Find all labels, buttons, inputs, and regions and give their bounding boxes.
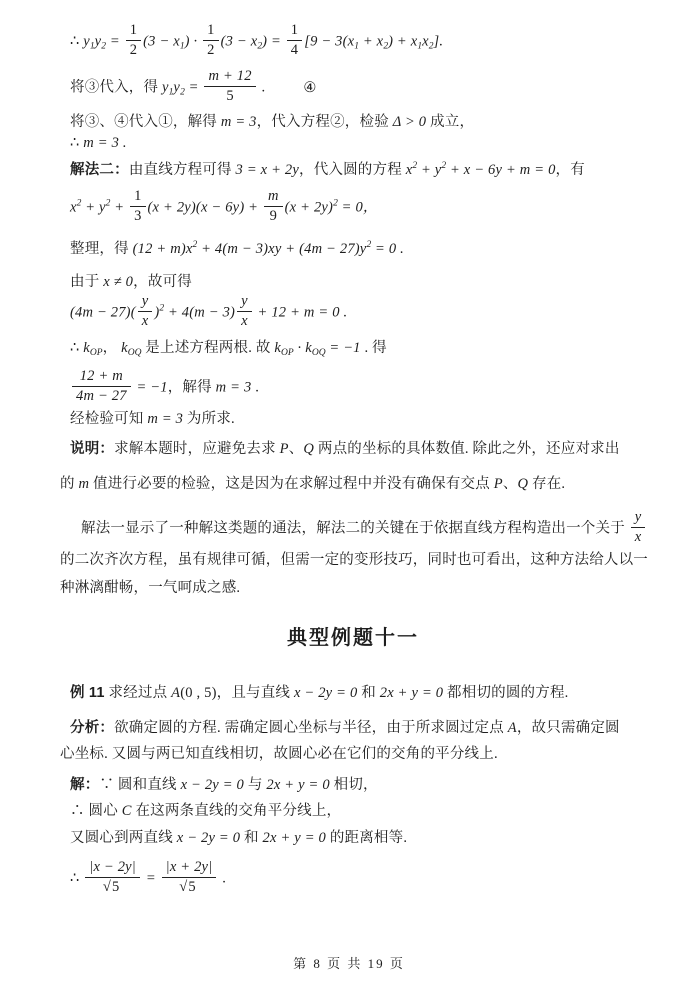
- solution-line1: 解：∵ 圆和直线 x − 2y = 0 与 2x + y = 0 相切，: [70, 776, 646, 796]
- math-run: = −1: [326, 340, 361, 356]
- math-run: + 4(m − 3): [164, 304, 235, 320]
- math-run: + x: [359, 34, 383, 50]
- math-run: + y: [417, 162, 441, 178]
- radicand: 5: [111, 877, 122, 895]
- example-label: 例 11: [70, 685, 105, 701]
- section-heading: 典型例题十一: [60, 621, 646, 650]
- text-run: 的距离相等.: [326, 830, 407, 846]
- fraction: m + 125: [204, 68, 255, 104]
- remark-paragraph-line1: 说明：求解本题时，应避免去求 P、Q 两点的坐标的具体数值. 除此之外，还应对求…: [70, 440, 646, 460]
- math-run: y: [83, 34, 90, 50]
- fraction-numerator: 1: [126, 22, 141, 41]
- remark-paragraph-line2: 的 m 值进行必要的检验，这是因为在求解过程中并没有确保有交点 P、Q 存在.: [60, 475, 646, 495]
- text-run: ，且与直线: [217, 685, 294, 701]
- math-run: A: [171, 685, 180, 701]
- text-run: 、: [289, 441, 304, 457]
- text-run: 和: [240, 830, 262, 846]
- fraction-denominator: 5: [204, 87, 255, 105]
- math-run: ].: [434, 34, 444, 50]
- page-number: 第 8 页 共 19 页: [0, 953, 698, 972]
- comparison-paragraph-line3: 种淋漓酣畅，一气呵成之感.: [60, 579, 646, 599]
- equation-expanded-circle: x2 + y2 + 13(x + 2y)(x − 6y) + m9(x + 2y…: [70, 190, 646, 226]
- fraction-numerator: 1: [287, 22, 302, 41]
- text-run: .: [251, 380, 259, 396]
- math-run: (x + 2y): [285, 200, 333, 216]
- math-run: +: [110, 200, 128, 216]
- solution-two-label: 解法二：: [70, 162, 129, 178]
- text-run: ，有: [556, 162, 585, 178]
- text-run: 存在.: [528, 476, 565, 492]
- text-run: .: [218, 870, 226, 886]
- fraction-numerator: y: [631, 509, 646, 528]
- radicand: 5: [187, 877, 198, 895]
- text-run: 由直线方程可得: [129, 162, 236, 178]
- fraction-denominator: x: [631, 528, 646, 546]
- text-run: 和: [357, 685, 379, 701]
- fraction: |x − 2y|√5: [85, 859, 140, 895]
- fraction: m9: [264, 188, 283, 224]
- math-run: = −1: [133, 380, 168, 396]
- math-run: Δ > 0: [393, 114, 427, 130]
- text-run: 种淋漓酣畅，一气呵成之感.: [60, 580, 240, 596]
- radical-sign: √: [103, 879, 111, 895]
- fraction: 13: [130, 188, 145, 224]
- text-run: 相切，: [330, 777, 378, 793]
- math-run: + 12 + m = 0 .: [254, 304, 348, 320]
- math-run: P: [494, 476, 503, 492]
- equation-quadratic-slope: (4m − 27)(yx)2 + 4(m − 3)yx + 12 + m = 0…: [70, 295, 646, 331]
- text-run: 为所求.: [183, 411, 235, 427]
- math-run: m = 3: [216, 380, 252, 396]
- math-run: 2x + y = 0: [263, 830, 326, 846]
- fraction: yx: [138, 293, 153, 329]
- math-run: k: [121, 340, 128, 356]
- math-run: 2x + y = 0: [380, 685, 443, 701]
- text-run: ，代入方程②，检验: [257, 114, 393, 130]
- math-run: = 0 .: [371, 241, 404, 257]
- text-run: 都相切的圆的方程.: [443, 685, 568, 701]
- solve-m-line: 将③、④代入①，解得 m = 3，代入方程②，检验 Δ > 0 成立，: [70, 113, 646, 133]
- text-run: 值进行必要的检验，这是因为在求解过程中并没有确保有交点: [89, 476, 494, 492]
- math-run: 3 = x + 2y: [236, 162, 299, 178]
- fraction-denominator: 2: [203, 41, 218, 59]
- comparison-paragraph-line1: 解法一显示了一种解这类题的通法，解法二的关键在于依据直线方程构造出一个关于 yx: [81, 511, 646, 547]
- math-run: (4m − 27)(: [70, 304, 136, 320]
- math-run: k: [83, 340, 90, 356]
- subscript: OP: [281, 348, 294, 358]
- math-run: m = 3: [147, 411, 183, 427]
- text-run: ，故只需确定圆: [517, 720, 620, 736]
- math-run: + y: [81, 200, 105, 216]
- math-run: Q: [303, 441, 314, 457]
- fraction: 12: [126, 22, 141, 58]
- text-run: 又圆心到两直线: [70, 830, 177, 846]
- math-run: ) ·: [185, 34, 202, 50]
- math-run: (12 + m)x: [133, 241, 193, 257]
- text-run: 将③代入，得: [70, 80, 162, 96]
- text-run: 将③、④代入①，解得: [70, 114, 221, 130]
- text-run: 的二次齐次方程，虽有规律可循，但需一定的变形技巧，同时也可看出，这种方法给人以一: [60, 552, 648, 568]
- therefore-symbol: ∴ 圆心: [70, 803, 122, 819]
- fraction: 14: [287, 22, 302, 58]
- fraction-denominator: 4: [287, 41, 302, 59]
- fraction: 12 + m4m − 27: [72, 368, 131, 404]
- because-symbol: ∵ 圆和直线: [99, 777, 180, 793]
- fraction-numerator: 12 + m: [72, 368, 131, 387]
- text-run: 欲确定圆的方程. 需确定圆心坐标与半径，由于所求圆过定点: [114, 720, 508, 736]
- math-run: x − 2y = 0: [181, 777, 244, 793]
- text-run: 在这两条直线的交角平分线上，: [132, 803, 342, 819]
- math-run: ·: [294, 340, 305, 356]
- fraction-numerator: y: [237, 293, 252, 312]
- fraction-denominator: 4m − 27: [72, 387, 131, 405]
- math-run: ) + x: [388, 34, 417, 50]
- fraction: |x + 2y|√5: [162, 859, 217, 895]
- text-run: . 得: [361, 340, 387, 356]
- fraction: yx: [631, 509, 646, 545]
- math-run: m: [79, 476, 90, 492]
- math-run: + x − 6y + m = 0: [446, 162, 555, 178]
- text-run: 求解本题时，应避免去求: [114, 441, 280, 457]
- solution-two-intro: 解法二：由直线方程可得 3 = x + 2y，代入圆的方程 x2 + y2 + …: [70, 160, 646, 181]
- fraction: yx: [237, 293, 252, 329]
- math-run: x: [422, 34, 429, 50]
- example-11-statement: 例 11 求经过点 A(0 , 5)，且与直线 x − 2y = 0 和 2x …: [70, 684, 646, 704]
- text-run: 的: [60, 476, 79, 492]
- text-run: 、: [503, 476, 518, 492]
- text-run: 与: [244, 777, 266, 793]
- math-run: + 4(m − 3)xy + (4m − 27)y: [197, 241, 366, 257]
- text-run: 心坐标. 又圆与两已知直线相切，故圆心必在它们的交角的平分线上.: [60, 746, 498, 762]
- therefore-symbol: ∴: [70, 135, 83, 151]
- math-run: y: [162, 80, 169, 96]
- analysis-label: 分析：: [70, 720, 114, 736]
- math-run: 2x + y = 0: [266, 777, 329, 793]
- remark-label: 说明：: [70, 441, 114, 457]
- fraction-denominator: x: [138, 312, 153, 330]
- fraction-denominator: 2: [126, 41, 141, 59]
- text-run: 是上述方程两根. 故: [141, 340, 274, 356]
- text-run: 经检验可知: [70, 411, 147, 427]
- solution-line2: ∴ 圆心 C 在这两条直线的交角平分线上，: [70, 802, 646, 822]
- therefore-symbol: ∴: [70, 34, 83, 50]
- math-run: C: [122, 803, 132, 819]
- fraction-denominator: 9: [264, 207, 283, 225]
- text-run: ，: [103, 340, 122, 356]
- solution-line3: 又圆心到两直线 x − 2y = 0 和 2x + y = 0 的距离相等.: [70, 829, 646, 849]
- math-run: x ≠ 0: [103, 274, 133, 290]
- text-run: 成立，: [426, 114, 474, 130]
- text-run: ，代入圆的方程: [299, 162, 406, 178]
- verification-line: 经检验可知 m = 3 为所求.: [70, 410, 646, 430]
- comparison-paragraph-line2: 的二次齐次方程，虽有规律可循，但需一定的变形技巧，同时也可看出，这种方法给人以一: [60, 551, 646, 571]
- equation-simplified: 整理，得 (12 + m)x2 + 4(m − 3)xy + (4m − 27)…: [70, 239, 646, 260]
- condition-x-nonzero: 由于 x ≠ 0，故可得: [70, 273, 646, 293]
- math-run: (3 − x: [221, 34, 258, 50]
- fraction-numerator: |x + 2y|: [162, 859, 217, 878]
- equation-y1y2-product: ∴ y1y2 = 12(3 − x1) · 12(3 − x2) = 14[9 …: [70, 24, 646, 60]
- math-run: =: [142, 870, 160, 886]
- math-run: =: [185, 80, 203, 96]
- math-run: x: [70, 200, 77, 216]
- math-run: k: [305, 340, 312, 356]
- math-run: [9 − 3(x: [304, 34, 354, 50]
- analysis-paragraph-line2: 心坐标. 又圆与两已知直线相切，故圆心必在它们的交角的平分线上.: [60, 745, 646, 765]
- fraction-denominator: 3: [130, 207, 145, 225]
- fraction-denominator: x: [237, 312, 252, 330]
- math-run: x − 2y = 0: [294, 685, 357, 701]
- math-run: = 0，: [338, 200, 378, 216]
- equation-solve-fraction: 12 + m4m − 27 = −1，解得 m = 3 .: [70, 370, 646, 406]
- fraction-numerator: m + 12: [204, 68, 255, 87]
- document-page: ∴ y1y2 = 12(3 − x1) · 12(3 − x2) = 14[9 …: [0, 0, 698, 994]
- page-content: ∴ y1y2 = 12(3 − x1) · 12(3 − x2) = 14[9 …: [0, 0, 698, 897]
- math-run: m = 3: [221, 114, 257, 130]
- fraction: 12: [203, 22, 218, 58]
- fraction-numerator: |x − 2y|: [85, 859, 140, 878]
- math-run: Q: [518, 476, 529, 492]
- fraction-denominator: √5: [85, 878, 140, 896]
- text-run: 两点的坐标的具体数值. 除此之外，还应对求出: [314, 441, 619, 457]
- fraction-numerator: m: [264, 188, 283, 207]
- equation-tag-4: ④: [303, 80, 316, 96]
- equation-substitute-3: 将③代入，得 y1y2 = m + 125 .④: [70, 70, 646, 106]
- math-run: (3 − x: [143, 34, 180, 50]
- solution-label: 解：: [70, 777, 99, 793]
- math-run: ) =: [262, 34, 285, 50]
- conclusion-m-3: ∴ m = 3 .: [70, 134, 646, 154]
- therefore-symbol: ∴: [70, 340, 83, 356]
- text-run: 求经过点: [105, 685, 171, 701]
- math-run: P: [280, 441, 289, 457]
- fraction-numerator: 1: [130, 188, 145, 207]
- math-run: x − 2y = 0: [177, 830, 240, 846]
- subscript: OQ: [312, 348, 326, 358]
- math-run: (0 , 5): [180, 685, 216, 701]
- fraction-denominator: √5: [162, 878, 217, 896]
- text-run: 整理，得: [70, 241, 133, 257]
- subscript: OQ: [128, 348, 142, 358]
- text-run: ，故可得: [133, 274, 192, 290]
- radical-sign: √: [179, 879, 187, 895]
- fraction-numerator: y: [138, 293, 153, 312]
- roots-statement: ∴ kOP， kOQ 是上述方程两根. 故 kOP · kOQ = −1 . 得: [70, 339, 646, 360]
- math-run: =: [106, 34, 124, 50]
- math-run: m = 3 .: [83, 135, 126, 151]
- text-run: 由于: [70, 274, 103, 290]
- text-run: ，解得: [168, 380, 216, 396]
- analysis-paragraph-line1: 分析：欲确定圆的方程. 需确定圆心坐标与半径，由于所求圆过定点 A，故只需确定圆: [70, 719, 646, 739]
- math-run: (x + 2y)(x − 6y) +: [148, 200, 262, 216]
- equation-equal-distances: ∴ |x − 2y|√5 = |x + 2y|√5 .: [70, 861, 646, 897]
- text-run: 解法一显示了一种解这类题的通法，解法二的关键在于依据直线方程构造出一个关于: [81, 521, 629, 537]
- fraction-numerator: 1: [203, 22, 218, 41]
- math-run: A: [508, 720, 517, 736]
- therefore-symbol: ∴: [70, 870, 83, 886]
- text-run: .: [258, 80, 266, 96]
- subscript: OP: [90, 348, 103, 358]
